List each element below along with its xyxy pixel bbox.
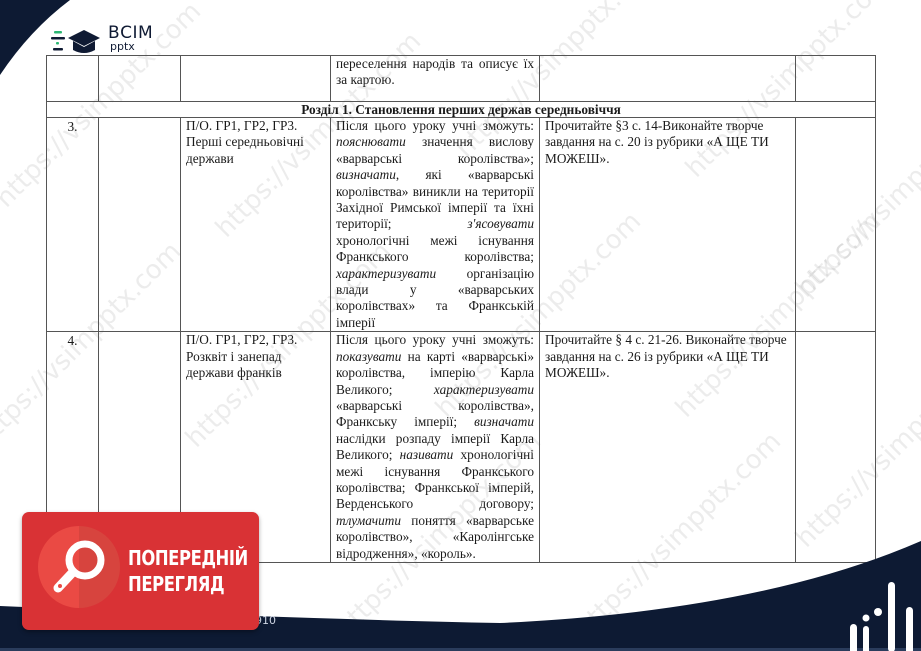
section-row: Розділ 1. Становлення перших держав сере… — [47, 102, 876, 118]
bars-decoration-icon — [848, 582, 921, 651]
magnifier-icon — [38, 526, 120, 608]
cell-number: 3. — [47, 118, 99, 332]
table-row: 3. П/О. ГР1, ГР2, ГР3. Перші середньовіч… — [47, 118, 876, 332]
cell-number — [47, 56, 99, 102]
cell-notes — [796, 56, 876, 102]
cell-notes — [796, 118, 876, 332]
cell-date — [99, 118, 181, 332]
cell-outcomes: Після цього уроку учні зможуть: пояснюва… — [331, 118, 540, 332]
badge-line-2: ПЕРЕГЛЯД — [128, 571, 248, 597]
cell-topic — [181, 56, 331, 102]
vsim-pptx-logo: ВСІМ pptx — [48, 25, 153, 57]
cell-topic: П/О. ГР1, ГР2, ГР3. Перші середньовічні … — [181, 118, 331, 332]
lesson-plan-table: переселення народів та описує їх за карт… — [46, 55, 876, 563]
cell-outcomes: переселення народів та описує їх за карт… — [331, 56, 540, 102]
cell-outcomes: Після цього уроку учні зможуть: показува… — [331, 332, 540, 563]
preview-badge[interactable]: ПОПЕРЕДНІЙ ПЕРЕГЛЯД — [22, 512, 259, 630]
section-title: Розділ 1. Становлення перших держав сере… — [47, 102, 876, 118]
cell-homework — [540, 56, 796, 102]
badge-line-1: ПОПЕРЕДНІЙ — [128, 545, 248, 571]
graduation-cap-icon — [48, 25, 106, 55]
cell-notes — [796, 332, 876, 563]
cell-date — [99, 56, 181, 102]
table-row: переселення народів та описує їх за карт… — [47, 56, 876, 102]
cell-homework: Прочитайте § 4 с. 21-26. Виконайте творч… — [540, 332, 796, 563]
cell-homework: Прочитайте §3 с. 14-Виконайте творче зав… — [540, 118, 796, 332]
